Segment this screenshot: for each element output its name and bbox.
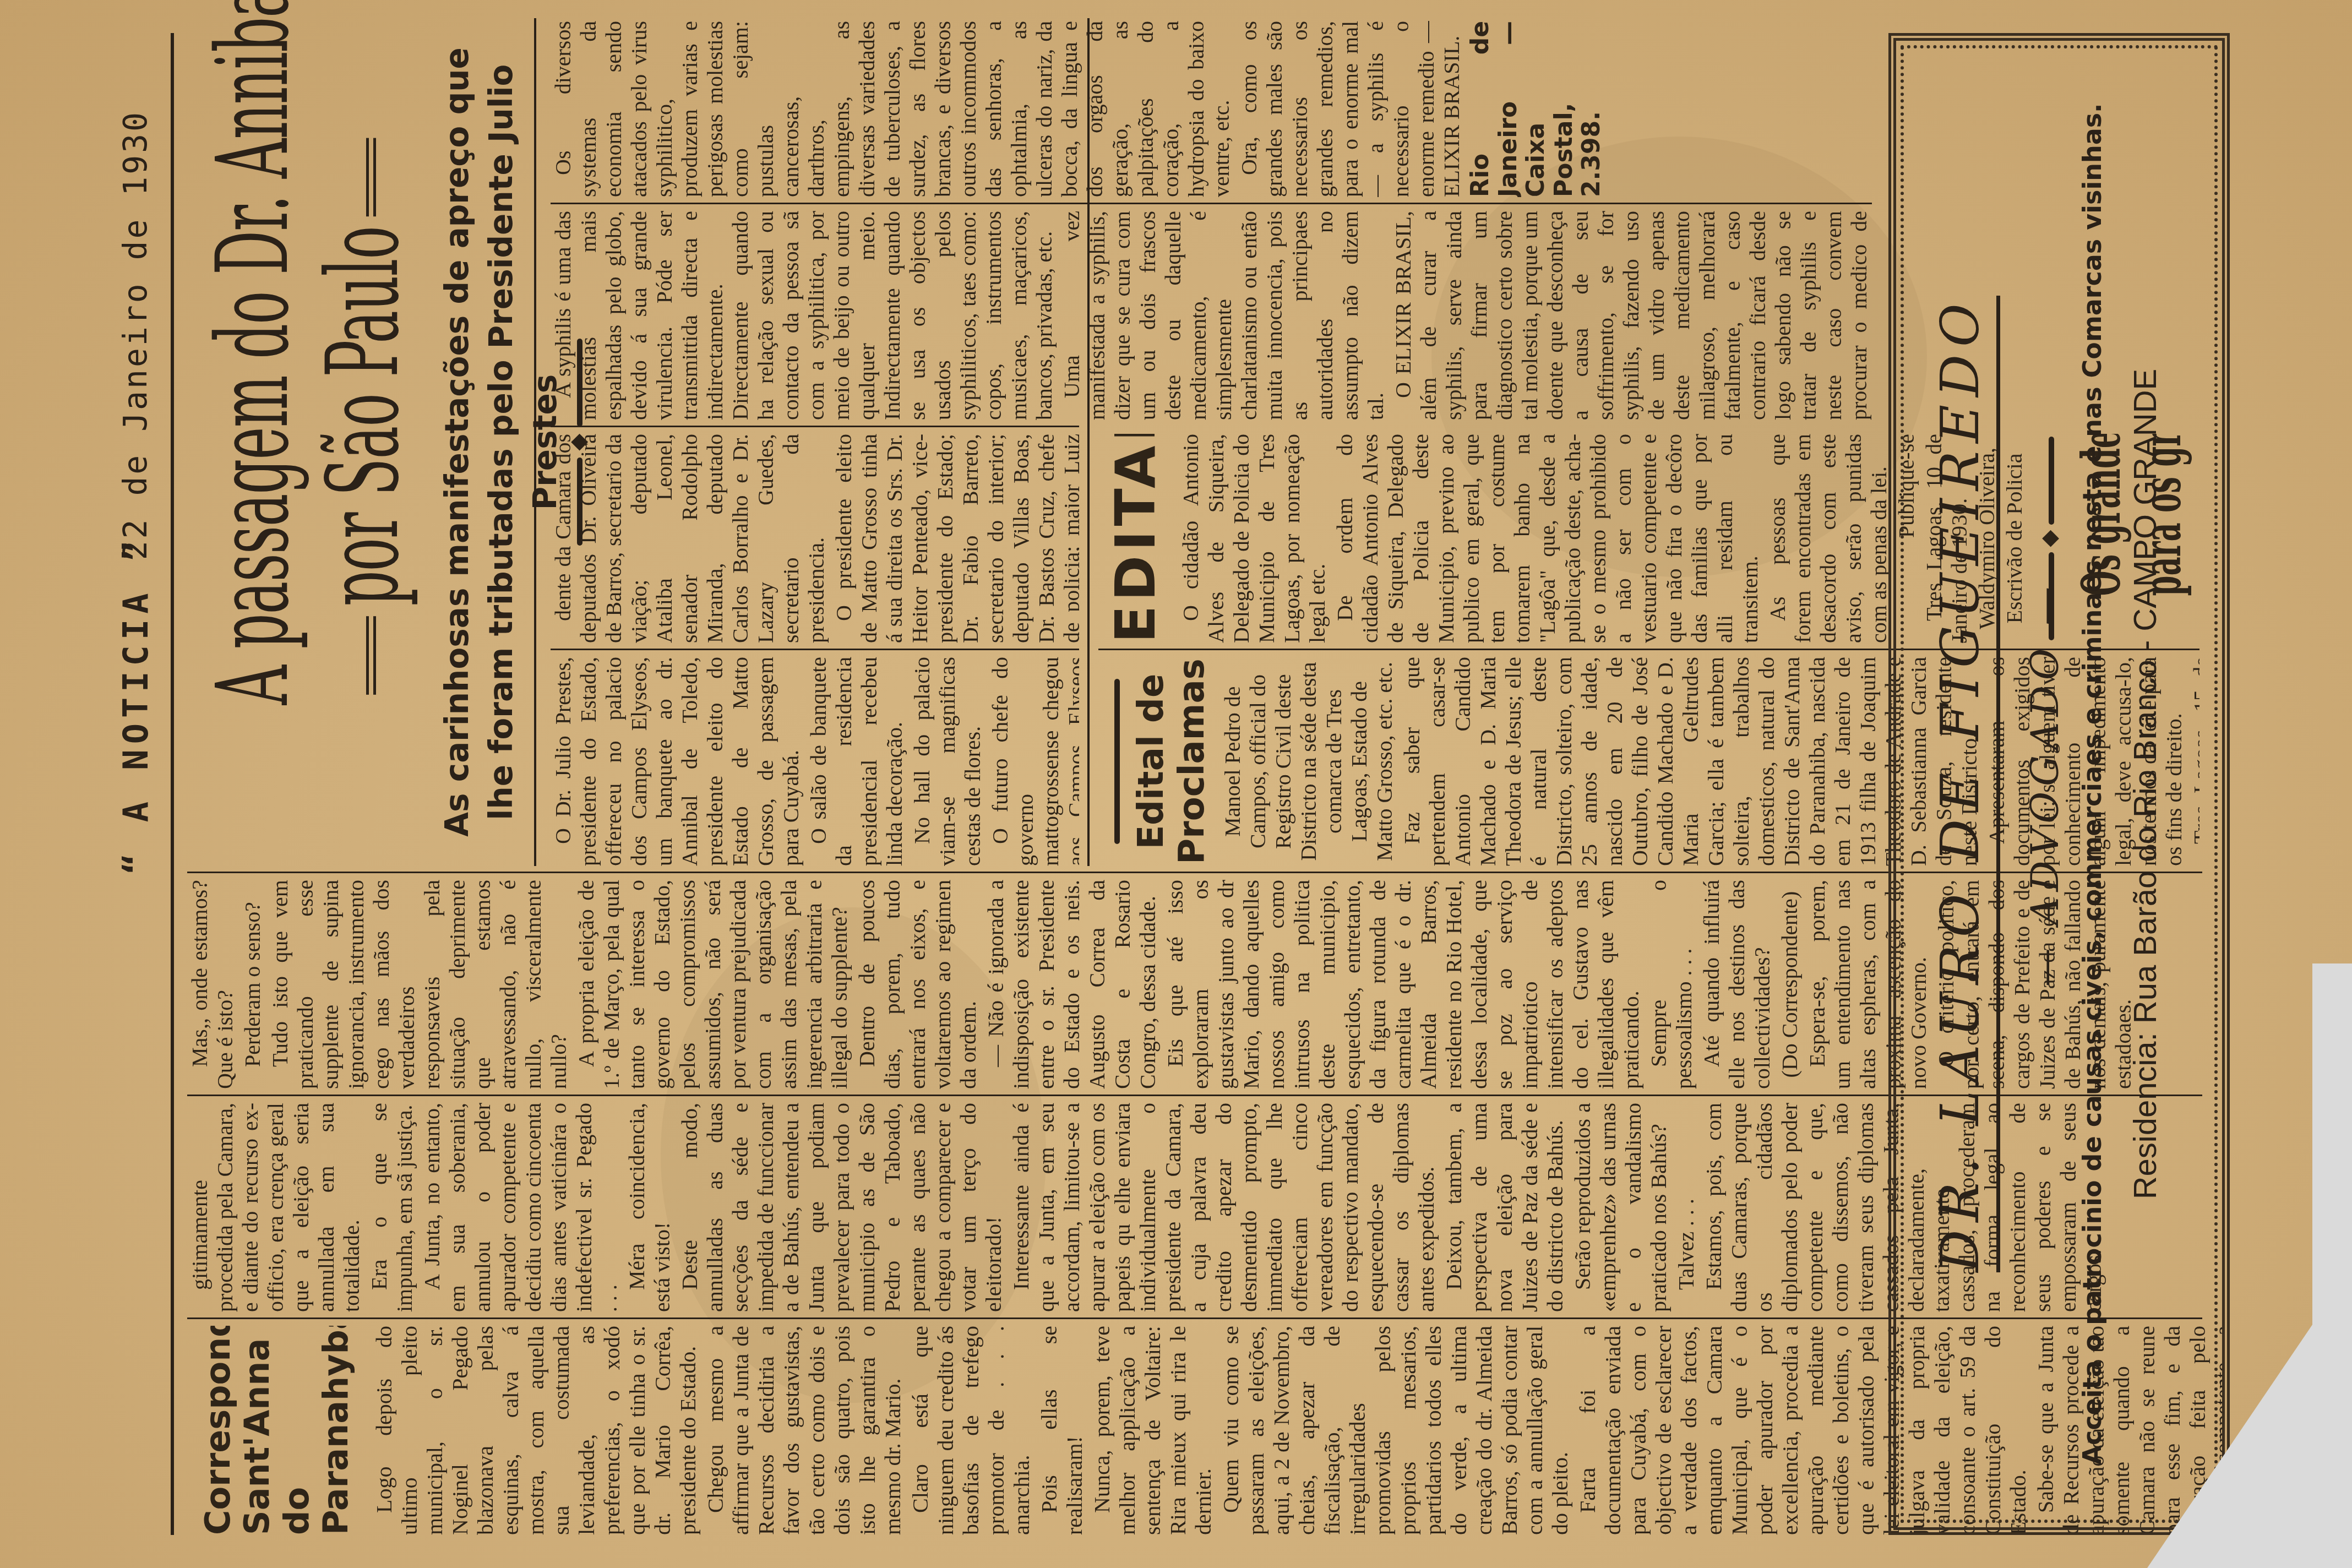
article-footer: Rio de Janeiro — Caixa Postal, 2.398. <box>1467 21 1606 197</box>
paragraph: Deste modo, annulladas as duas secções d… <box>677 1103 1006 1312</box>
article-heading: Correspondencia <box>198 1326 237 1535</box>
paragraph: Ora, como os grandes males são necessari… <box>1237 21 1464 197</box>
ad-name: DR. LAURO DE FIGUEIREDO <box>1929 296 2000 1272</box>
column-elixir-article-cont: Os diversos systemas da economia sendo a… <box>551 21 1872 197</box>
paragraph: A propria eleição de 1.º de Março, pela … <box>574 880 852 1089</box>
paragraph: Sempre o pessoalismo . . . <box>1646 880 1697 1089</box>
paragraph: Serão reproduzidos a «emprenhez» das urn… <box>1570 1103 1672 1312</box>
section-title: EDITAL <box>1104 434 1167 643</box>
paragraph: O presidente eleito de Matto Grosso tinh… <box>831 434 1079 643</box>
paragraph: Dentro de poucos dias, porem, tudo entra… <box>854 880 981 1089</box>
issue-date: 22 de Janeiro de 1930 <box>117 110 154 560</box>
column-divider <box>551 203 1872 204</box>
ornament-bar <box>1104 657 1126 866</box>
paragraph: Os diversos systemas da economia sendo a… <box>551 21 1234 197</box>
paragraph: Mas,, onde estamos? Que é isto? <box>187 880 238 1089</box>
headline-title-text: por São Paulo <box>306 227 421 606</box>
paragraph: Uma vez manifestada a syphilis, dizer qu… <box>1059 211 1389 420</box>
paragraph: O cidadão Antonio Alves de Siqueira, Del… <box>1178 434 1330 643</box>
paragraph: A syphilis é uma das molestias mais espa… <box>551 211 1057 420</box>
paragraph: Era o que se impunha, em sã justiça. <box>367 1103 417 1312</box>
column-divider <box>551 649 1079 650</box>
paragraph: Talvez . . . <box>1674 1103 1699 1312</box>
article-heading: Sant'Anna do <box>237 1326 316 1535</box>
paragraph: Chegou mesmo a affirmar que a Junta de R… <box>703 1326 906 1535</box>
paragraph: Tudo isto que vem praticando esse supple… <box>268 880 571 1089</box>
paragraph: O futuro chefe do governo mattogrossense… <box>988 657 1079 866</box>
paragraph: A Junta, no entanto, em sua soberania, a… <box>420 1103 622 1312</box>
column-article-julio-prestes-2: dente da Camara dos deputados Dr. Olivei… <box>551 434 1079 643</box>
paragraph: Interessante ainda é que a Junta, em seu… <box>1009 1103 1439 1312</box>
masthead: “ A NOTICIA ” 22 de Janeiro de 1930 <box>105 33 174 1535</box>
byline: (Do Correspondente) <box>1777 880 1803 1089</box>
paragraph: No hall do palacio viam-se magnificas ce… <box>910 657 986 866</box>
headline-title-line2: por São Paulo <box>308 179 418 705</box>
paragraph: De ordem do cidadão Antonio Alves de Siq… <box>1332 434 1763 643</box>
paragraph: O ELIXIR BRASIL, além de curar a syphili… <box>1391 211 1872 420</box>
paragraph: Quem viu como se passaram as eleições, a… <box>1218 1326 1573 1535</box>
paragraph: Méra coincidencia, está visto! <box>624 1103 675 1312</box>
paragraph: As pessoas que forem encontradas em desa… <box>1765 434 1892 643</box>
ad-description: Acceita o patrocinio de causas civeis, c… <box>2077 63 2107 1505</box>
headline-subtitle: As carinhosas manifestações de apreço qu… <box>435 18 567 866</box>
paragraph: Manoel Pedro de Campos, official do Regi… <box>1220 657 1397 866</box>
article-heading: Paranahyba <box>316 1326 355 1535</box>
section-divider <box>1087 18 1090 866</box>
paragraph: — Não é ignorada a indisposição existent… <box>983 880 1161 1089</box>
paragraph: Pois ellas se realisaram! <box>1037 1326 1087 1535</box>
ad-role: — ADVOGADO — <box>2022 63 2067 1505</box>
headline-title: A passagem do Dr. Annibal de Toledo <box>198 179 308 705</box>
paragraph: Nunca, porem, teve melhor applicação a s… <box>1090 1326 1216 1535</box>
paragraph: Claro está que ninguem deu credito ás ba… <box>908 1326 1035 1535</box>
paragraph: Eis que até isso exploraram os gustavist… <box>1163 880 1644 1089</box>
paragraph: Até quando influirá elle nos destinos da… <box>1699 880 1775 1089</box>
paragraph: dente da Camara dos deputados Dr. Olivei… <box>551 434 829 643</box>
column-elixir-article: A syphilis é uma das molestias mais espa… <box>551 211 1872 420</box>
paragraph: Perderam o senso? <box>240 880 265 1089</box>
column-divider <box>551 426 1079 427</box>
torn-paper-edge <box>2312 963 2352 1568</box>
paragraph: Deixou, tambem, a perspectiva de uma nov… <box>1441 1103 1568 1312</box>
paragraph: O salão de banquete da residencia presid… <box>806 657 907 866</box>
paragraph: O Dr. Julio Prestes, presidente do Estad… <box>551 657 804 866</box>
newspaper-page: “ A NOTICIA ” 22 de Janeiro de 1930 Corr… <box>0 0 2352 1568</box>
paragraph: Logo depois do ultimo pleito municipal, … <box>372 1326 701 1535</box>
section-title: Edital de Proclamas <box>1131 657 1212 866</box>
headline-block: A passagem do Dr. Annibal de Toledo por … <box>182 18 536 866</box>
newspaper-title: “ A NOTICIA ” <box>116 536 156 874</box>
column-article-julio-prestes-1: O Dr. Julio Prestes, presidente do Estad… <box>551 657 1079 866</box>
paragraph: gitimamente procedida pela Camara, e dia… <box>187 1103 364 1312</box>
